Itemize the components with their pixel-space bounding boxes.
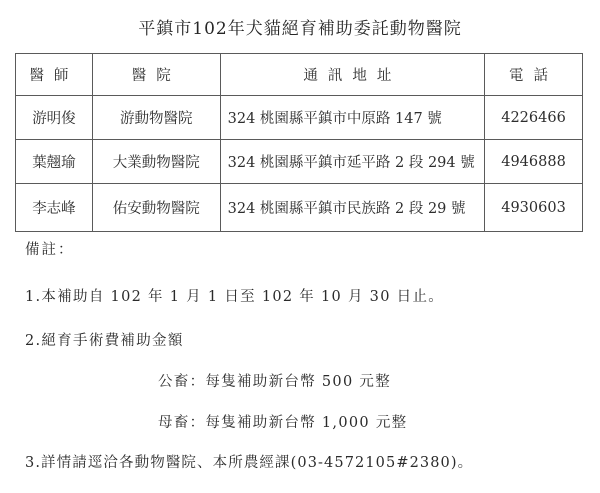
note-item-2: 2.絕育手術費補助金額 [25,329,184,350]
cell-doctor: 李志峰 [16,184,93,232]
cell-phone: 4946888 [485,140,583,184]
cell-address: 324 桃園縣平鎮市延平路 2 段 294 號 [220,140,484,184]
cell-address: 324 桃園縣平鎮市中原路 147 號 [220,96,484,140]
cell-hospital: 大業動物醫院 [92,140,220,184]
header-phone: 電話 [485,54,583,96]
note-item-1: 1.本補助自 102 年 1 月 1 日至 102 年 10 月 30 日止。 [25,285,444,306]
table-row: 李志峰 佑安動物醫院 324 桃園縣平鎮市民族路 2 段 29 號 493060… [16,184,583,232]
subsidy-male: 公畜：每隻補助新台幣 500 元整 [158,370,391,391]
clinic-table: 醫師 醫院 通訊地址 電話 游明俊 游動物醫院 324 桃園縣平鎮市中原路 14… [15,53,583,232]
document-title: 平鎮市102年犬貓絕育補助委託動物醫院 [0,14,600,39]
cell-hospital: 佑安動物醫院 [92,184,220,232]
table-header-row: 醫師 醫院 通訊地址 電話 [16,54,583,96]
note-item-3: 3.詳情請逕洽各動物醫院、本所農經課(03-4572105#2380)。 [25,451,473,472]
cell-hospital: 游動物醫院 [92,96,220,140]
header-hospital: 醫院 [92,54,220,96]
cell-phone: 4226466 [485,96,583,140]
cell-phone: 4930603 [485,184,583,232]
table-row: 葉翹瑜 大業動物醫院 324 桃園縣平鎮市延平路 2 段 294 號 49468… [16,140,583,184]
cell-doctor: 葉翹瑜 [16,140,93,184]
table-row: 游明俊 游動物醫院 324 桃園縣平鎮市中原路 147 號 4226466 [16,96,583,140]
cell-address: 324 桃園縣平鎮市民族路 2 段 29 號 [220,184,484,232]
notes-label: 備註： [25,238,75,259]
header-address: 通訊地址 [220,54,484,96]
subsidy-female: 母畜：每隻補助新台幣 1,000 元整 [158,411,407,432]
cell-doctor: 游明俊 [16,96,93,140]
header-doctor: 醫師 [16,54,93,96]
